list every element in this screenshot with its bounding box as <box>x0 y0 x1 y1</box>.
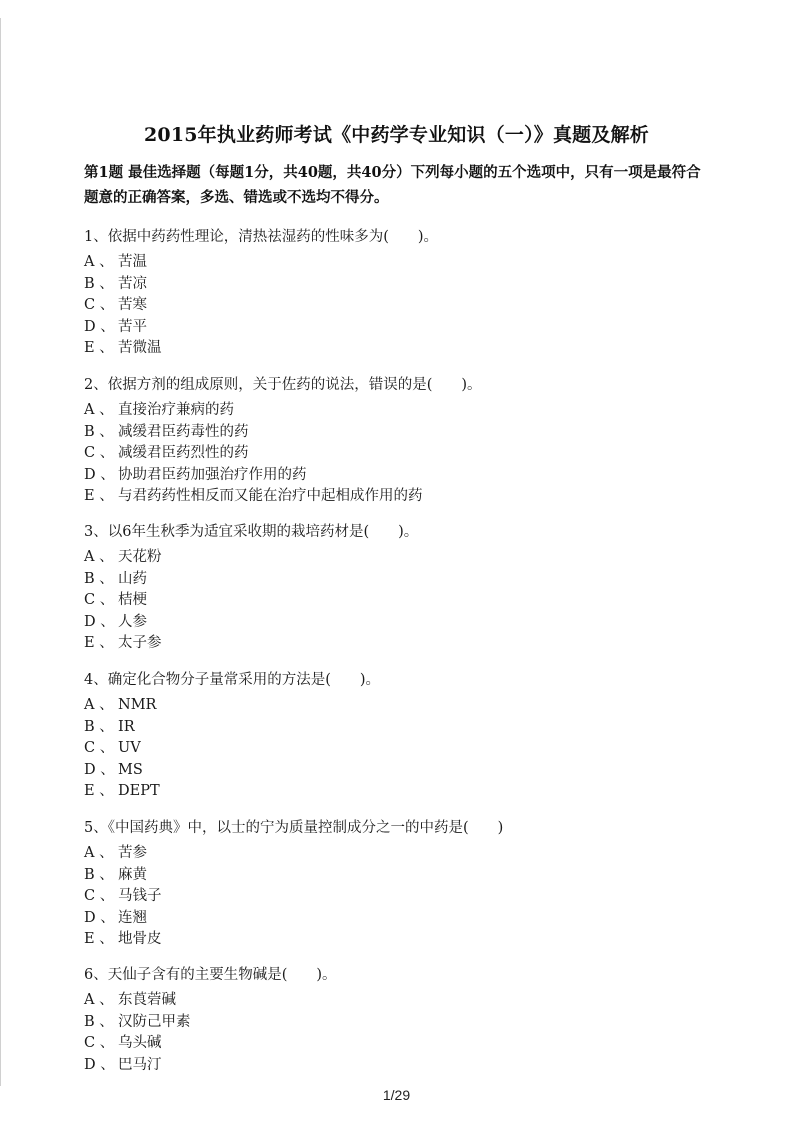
option-letter: D 、 <box>84 465 118 487</box>
option-text: 直接治疗兼病的药 <box>118 402 234 418</box>
option-letter: D 、 <box>84 908 118 930</box>
option-text: 汉防己甲素 <box>118 1014 191 1030</box>
option-text: 苦参 <box>118 845 147 861</box>
option-b: B 、麻黄 <box>84 865 724 887</box>
question-2: 2、依据方剂的组成原则，关于佐药的说法，错误的是( )。 A 、直接治疗兼病的药… <box>84 374 724 508</box>
option-text: IR <box>118 719 135 735</box>
option-e: E 、地骨皮 <box>84 929 724 951</box>
option-c: C 、减缓君臣药烈性的药 <box>84 443 724 465</box>
option-text: 苦寒 <box>118 297 147 313</box>
question-stem: 5、《中国药典》中，以士的宁为质量控制成分之一的中药是( ) <box>84 817 724 839</box>
option-a: A 、NMR <box>84 695 724 717</box>
option-b: B 、山药 <box>84 569 724 591</box>
option-letter: C 、 <box>84 590 118 612</box>
option-text: 人参 <box>118 614 147 630</box>
section-instruction: 第1题 最佳选择题（每题1分，共40题，共40分）下列每小题的五个选项中，只有一… <box>84 160 714 210</box>
option-letter: A 、 <box>84 252 118 274</box>
option-letter: A 、 <box>84 843 118 865</box>
option-letter: D 、 <box>84 760 118 782</box>
option-text: 减缓君臣药烈性的药 <box>118 445 249 461</box>
option-text: 桔梗 <box>118 592 147 608</box>
option-b: B 、汉防己甲素 <box>84 1012 724 1034</box>
option-letter: A 、 <box>84 990 118 1012</box>
option-letter: C 、 <box>84 1033 118 1055</box>
option-letter: A 、 <box>84 400 118 422</box>
option-b: B 、苦凉 <box>84 274 724 296</box>
option-e: E 、苦微温 <box>84 338 724 360</box>
option-text: MS <box>118 762 143 778</box>
option-d: D 、人参 <box>84 612 724 634</box>
option-letter: B 、 <box>84 865 118 887</box>
question-1: 1、依据中药药性理论，清热祛湿药的性味多为( )。 A 、苦温 B 、苦凉 C … <box>84 226 724 360</box>
option-letter: B 、 <box>84 274 118 296</box>
option-text: 苦温 <box>118 254 147 270</box>
option-letter: E 、 <box>84 486 118 508</box>
question-stem: 6、天仙子含有的主要生物碱是( )。 <box>84 964 724 986</box>
option-a: A 、苦参 <box>84 843 724 865</box>
option-a: A 、直接治疗兼病的药 <box>84 400 724 422</box>
option-text: NMR <box>118 697 156 713</box>
option-letter: B 、 <box>84 422 118 444</box>
question-4: 4、确定化合物分子量常采用的方法是( )。 A 、NMR B 、IR C 、UV… <box>84 669 724 803</box>
option-letter: D 、 <box>84 317 118 339</box>
question-stem: 4、确定化合物分子量常采用的方法是( )。 <box>84 669 724 691</box>
question-5: 5、《中国药典》中，以士的宁为质量控制成分之一的中药是( ) A 、苦参 B 、… <box>84 817 724 951</box>
option-text: 马钱子 <box>118 888 162 904</box>
question-stem: 2、依据方剂的组成原则，关于佐药的说法，错误的是( )。 <box>84 374 724 396</box>
option-letter: C 、 <box>84 295 118 317</box>
option-d: D 、协助君臣药加强治疗作用的药 <box>84 465 724 487</box>
option-e: E 、太子参 <box>84 633 724 655</box>
option-text: 连翘 <box>118 910 147 926</box>
document-title: 2015年执业药师考试《中药学专业知识（一）》真题及解析 <box>0 120 793 147</box>
option-text: 苦平 <box>118 319 147 335</box>
option-text: 苦凉 <box>118 276 147 292</box>
question-6: 6、天仙子含有的主要生物碱是( )。 A 、东莨菪碱 B 、汉防己甲素 C 、乌… <box>84 964 724 1076</box>
option-text: UV <box>118 740 141 756</box>
option-d: D 、连翘 <box>84 908 724 930</box>
option-text: DEPT <box>118 783 160 799</box>
option-text: 太子参 <box>118 635 162 651</box>
option-letter: E 、 <box>84 781 118 803</box>
option-a: A 、苦温 <box>84 252 724 274</box>
option-a: A 、东莨菪碱 <box>84 990 724 1012</box>
option-d: D 、MS <box>84 760 724 782</box>
option-text: 麻黄 <box>118 867 147 883</box>
option-b: B 、IR <box>84 717 724 739</box>
option-letter: D 、 <box>84 1055 118 1077</box>
option-letter: E 、 <box>84 929 118 951</box>
option-e: E 、与君药药性相反而又能在治疗中起相成作用的药 <box>84 486 724 508</box>
option-letter: D 、 <box>84 612 118 634</box>
option-letter: E 、 <box>84 633 118 655</box>
option-letter: A 、 <box>84 695 118 717</box>
option-text: 减缓君臣药毒性的药 <box>118 424 249 440</box>
option-letter: A 、 <box>84 547 118 569</box>
option-text: 山药 <box>118 571 147 587</box>
option-text: 乌头碱 <box>118 1035 162 1051</box>
option-text: 协助君臣药加强治疗作用的药 <box>118 467 307 483</box>
page-number: 1/29 <box>0 1087 793 1103</box>
option-letter: B 、 <box>84 569 118 591</box>
option-c: C 、桔梗 <box>84 590 724 612</box>
page-edge-rule <box>0 18 1 1086</box>
option-letter: E 、 <box>84 338 118 360</box>
option-d: D 、苦平 <box>84 317 724 339</box>
option-text: 东莨菪碱 <box>118 992 176 1008</box>
option-letter: B 、 <box>84 1012 118 1034</box>
option-text: 与君药药性相反而又能在治疗中起相成作用的药 <box>118 488 423 504</box>
option-letter: C 、 <box>84 443 118 465</box>
option-c: C 、马钱子 <box>84 886 724 908</box>
option-text: 地骨皮 <box>118 931 162 947</box>
option-d: D 、巴马汀 <box>84 1055 724 1077</box>
option-letter: B 、 <box>84 717 118 739</box>
question-stem: 1、依据中药药性理论，清热祛湿药的性味多为( )。 <box>84 226 724 248</box>
question-3: 3、以6年生秋季为适宜采收期的栽培药材是( )。 A 、天花粉 B 、山药 C … <box>84 521 724 655</box>
option-c: C 、UV <box>84 738 724 760</box>
option-text: 苦微温 <box>118 340 162 356</box>
option-b: B 、减缓君臣药毒性的药 <box>84 422 724 444</box>
question-stem: 3、以6年生秋季为适宜采收期的栽培药材是( )。 <box>84 521 724 543</box>
option-text: 天花粉 <box>118 549 162 565</box>
option-c: C 、乌头碱 <box>84 1033 724 1055</box>
option-a: A 、天花粉 <box>84 547 724 569</box>
option-c: C 、苦寒 <box>84 295 724 317</box>
option-e: E 、DEPT <box>84 781 724 803</box>
option-letter: C 、 <box>84 738 118 760</box>
option-text: 巴马汀 <box>118 1057 162 1073</box>
option-letter: C 、 <box>84 886 118 908</box>
